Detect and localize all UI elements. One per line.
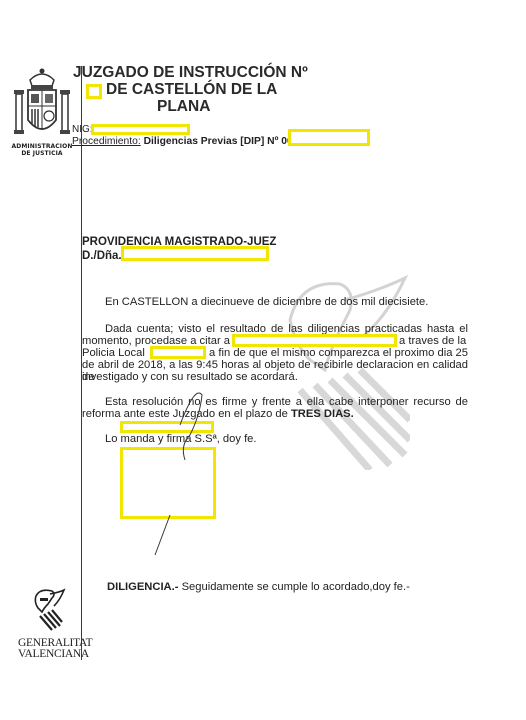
generalitat-valenciana-logo-icon: [30, 588, 66, 632]
redaction-police-location: [150, 346, 206, 359]
procedure-label: Procedimiento:: [72, 136, 141, 147]
procedure-value: Diligencias Previas [DIP] Nº 000: [144, 136, 299, 147]
generalitat-label: GENERALITAT VALENCIANA: [18, 638, 80, 660]
nig-label: NIG:: [72, 124, 93, 136]
p1-line3b: a fin de que el mismo comparezca el prox…: [209, 347, 468, 359]
diligencia-label: DILIGENCIA.-: [107, 581, 178, 593]
procedure-line: Procedimiento: Diligencias Previas [DIP]…: [72, 136, 298, 148]
date-line: En CASTELLON a diecinueve de diciembre d…: [105, 296, 428, 308]
spanish-coat-of-arms-icon: [12, 66, 72, 142]
p1-line2b: a traves de la: [399, 335, 466, 347]
diligencia-line: DILIGENCIA.- Seguidamente se cumple lo a…: [107, 581, 410, 593]
redaction-court-number: [86, 84, 102, 99]
redaction-procedure-number: [288, 129, 370, 146]
diligencia-text: Seguidamente se cumple lo acordado,doy f…: [178, 581, 409, 593]
court-title-line3: PLANA: [157, 98, 210, 115]
redaction-judge-name: [121, 246, 269, 261]
p1-line5: investigado y con su resultado se acorda…: [82, 371, 298, 383]
signature-scribble: [140, 385, 260, 585]
judge-label: D./Dña.: [82, 250, 122, 262]
p1-line3a: Policia Local: [82, 347, 145, 359]
court-title-line1: JUZGADO DE INSTRUCCIÓN Nº: [73, 64, 308, 81]
court-title-line2: DE CASTELLÓN DE LA: [106, 81, 277, 98]
admin-justicia-label: ADMINISTRACION DE JUSTICIA: [4, 143, 80, 157]
deadline-text: TRES DIAS.: [291, 408, 354, 420]
redaction-citee-name: [232, 334, 397, 347]
redaction-nig: [91, 124, 190, 135]
